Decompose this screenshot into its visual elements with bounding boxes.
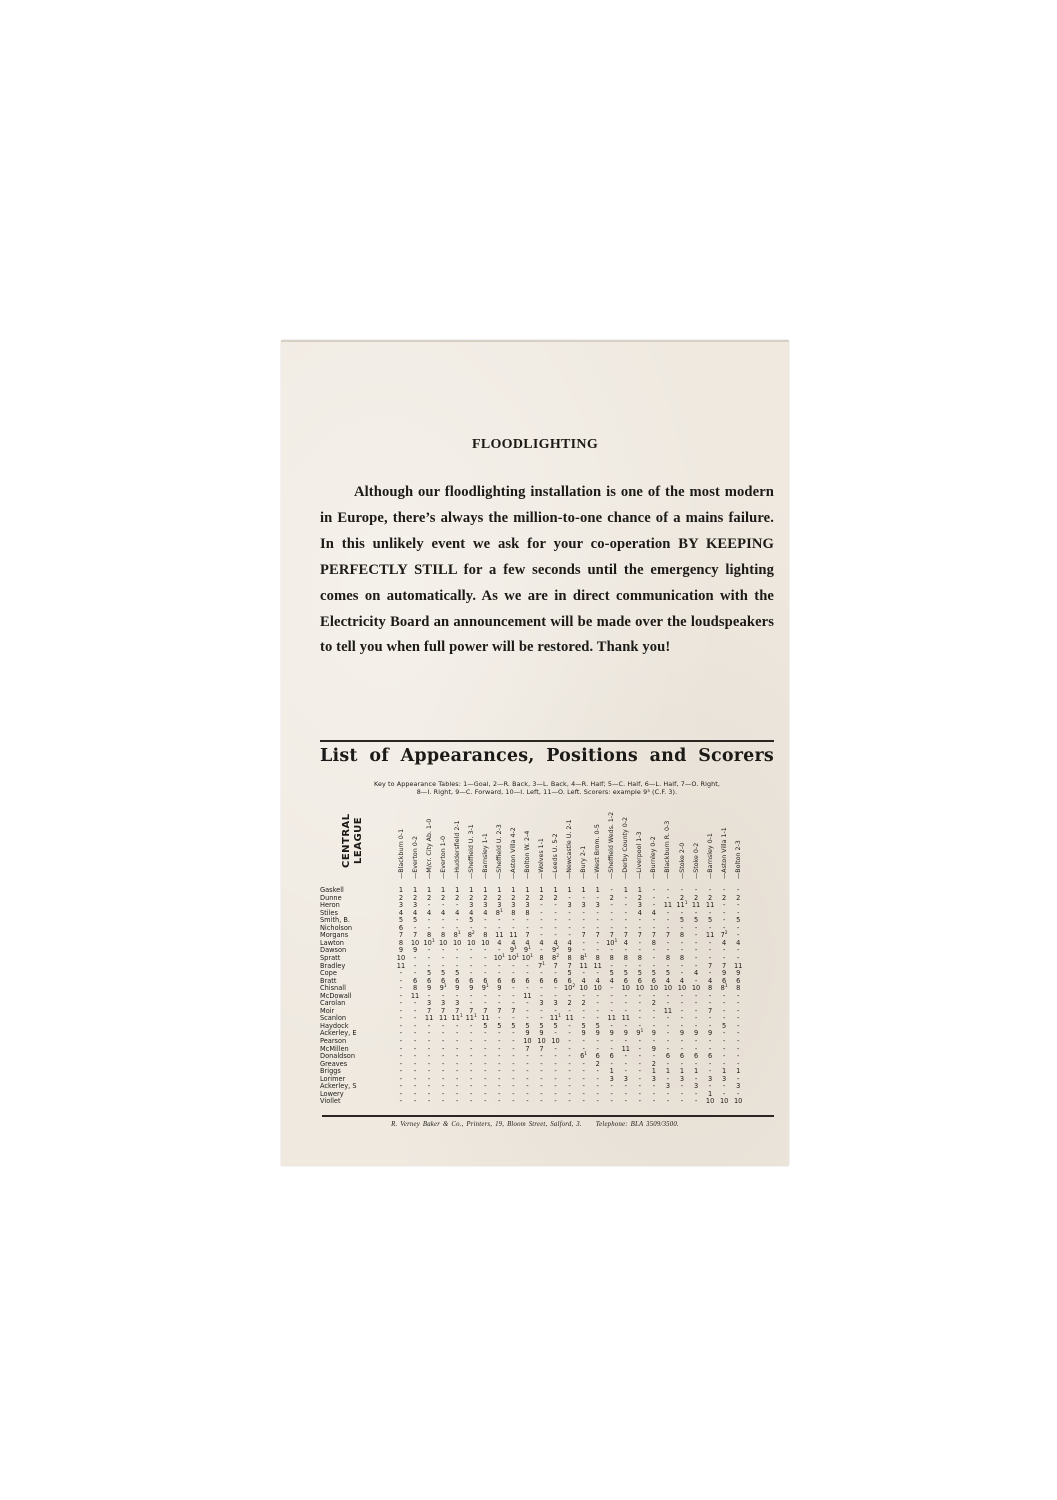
player-name: Viollet [320, 1097, 341, 1105]
printer-credit: R. Verney Baker & Co., Printers, 19, Blo… [391, 1121, 582, 1128]
appearance-cell: 10 [731, 1097, 745, 1105]
column-header: —Bury 2-1 [580, 846, 587, 879]
column-header: —Blackburn R. 0-3 [664, 821, 671, 879]
section-divider-bottom [322, 1115, 774, 1117]
appearance-cell: - [492, 1097, 506, 1105]
appearance-cell: - [619, 1097, 633, 1105]
column-header: —Burnley 0-2 [650, 836, 657, 879]
column-header: —Everton 0-2 [412, 836, 419, 879]
appearance-cell: - [506, 1097, 520, 1105]
appearance-cell: - [535, 1097, 549, 1105]
appearances-table: —Blackburn 0-1—Everton 0-2—M/cr. City Ab… [281, 340, 789, 1166]
appearance-cell: - [408, 1097, 422, 1105]
appearance-cell: - [647, 1097, 661, 1105]
appearance-cell: - [633, 1097, 647, 1105]
appearance-cell: - [689, 1097, 703, 1105]
column-header: —Barnsley 1-1 [482, 833, 489, 879]
column-header: —Sheffield U. 2-3 [496, 824, 503, 879]
appearance-cell: 10 [703, 1097, 717, 1105]
column-header: —Blackburn 0-1 [398, 829, 405, 879]
column-header: —Bolton W. 2-4 [524, 831, 531, 879]
column-header: —Liverpool 1-3 [636, 832, 643, 879]
column-header: —West Brom. 0-5 [594, 824, 601, 879]
programme-page: FLOODLIGHTING Although our floodlighting… [281, 340, 789, 1166]
column-header: —Derby County 0-2 [622, 817, 629, 879]
appearance-cell: 10 [717, 1097, 731, 1105]
appearance-cell: - [675, 1097, 689, 1105]
appearance-cell: - [563, 1097, 577, 1105]
column-header: —Barnsley 0-1 [707, 833, 714, 879]
appearance-cell: - [478, 1097, 492, 1105]
column-header: —Stoke 0-2 [693, 843, 700, 879]
column-header: —Wolves 1-1 [538, 838, 545, 879]
appearance-cell: - [464, 1097, 478, 1105]
appearance-cell: - [394, 1097, 408, 1105]
appearance-cell: - [577, 1097, 591, 1105]
appearance-cell: - [422, 1097, 436, 1105]
printer-footer: R. Verney Baker & Co., Printers, 19, Blo… [281, 1121, 789, 1128]
appearance-cell: - [436, 1097, 450, 1105]
appearance-cell: - [591, 1097, 605, 1105]
appearance-cell: - [549, 1097, 563, 1105]
column-header: —Sheffield Weds. 1-2 [608, 812, 615, 879]
column-header: —M/cr. City Ab. 1-0 [426, 819, 433, 879]
column-header: —Stoke 2-0 [679, 843, 686, 879]
column-header: —Bolton 2-3 [735, 840, 742, 879]
column-header: —Aston Villa 4-2 [510, 827, 517, 879]
column-header: —Aston Villa 1-1 [721, 827, 728, 879]
column-header: —Everton 1-0 [440, 836, 447, 879]
appearance-cell: - [450, 1097, 464, 1105]
column-header: —Huddersfield 2-1 [454, 820, 461, 879]
printer-telephone: Telephone: BLA 3509/3500. [596, 1121, 679, 1128]
column-header: —Newcastle U. 2-1 [566, 819, 573, 879]
column-header: —Leeds U. 5-2 [552, 833, 559, 879]
appearance-cell: - [520, 1097, 534, 1105]
appearance-cell: - [661, 1097, 675, 1105]
column-header: —Sheffield U. 3-1 [468, 824, 475, 879]
appearance-cell: - [605, 1097, 619, 1105]
